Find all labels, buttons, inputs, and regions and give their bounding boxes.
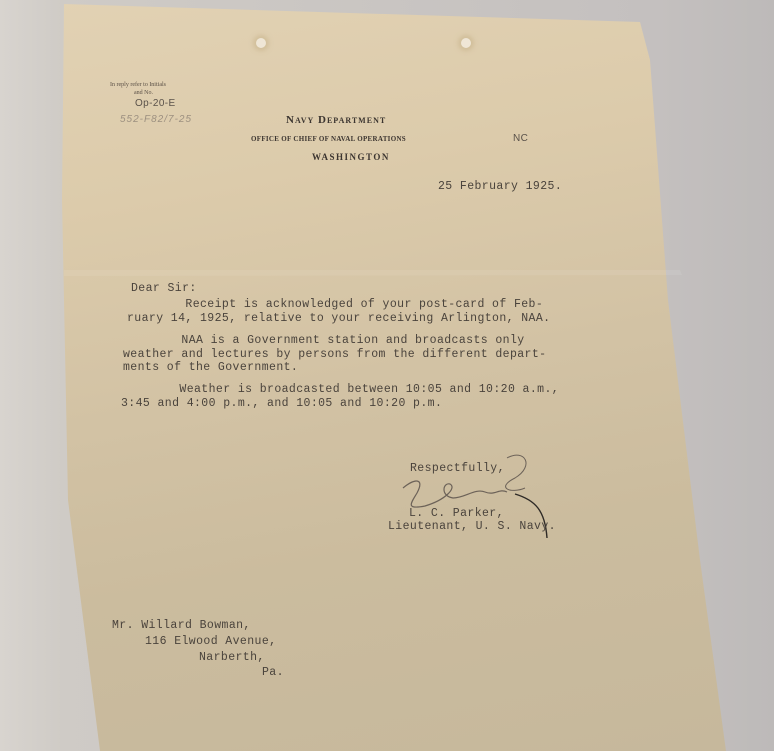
paragraph-line: Weather is broadcasted between 10:05 and… bbox=[121, 383, 559, 397]
reply-note: and No. bbox=[134, 90, 153, 96]
paragraph-line: NAA is a Government station and broadcas… bbox=[123, 334, 546, 348]
paragraph-3: Weather is broadcasted between 10:05 and… bbox=[121, 383, 559, 410]
paragraph-line: ments of the Government. bbox=[123, 361, 546, 375]
punch-hole bbox=[461, 38, 471, 48]
initials: NC bbox=[513, 133, 528, 144]
recipient-state: Pa. bbox=[262, 666, 284, 680]
recipient-town: Narberth, bbox=[199, 651, 265, 665]
recipient-street: 116 Elwood Avenue, bbox=[145, 635, 276, 649]
letter-date: 25 February 1925. bbox=[438, 180, 562, 194]
department-heading: Navy Department bbox=[286, 114, 386, 126]
paragraph-line: ruary 14, 1925, relative to your receivi… bbox=[127, 312, 550, 326]
paragraph-line: Receipt is acknowledged of your post-car… bbox=[127, 298, 550, 312]
salutation: Dear Sir: bbox=[131, 282, 197, 296]
office-heading: OFFICE OF CHIEF OF NAVAL OPERATIONS bbox=[251, 135, 406, 143]
reply-note: In reply refer to Initials bbox=[110, 82, 166, 88]
file-code: Op-20-E bbox=[135, 98, 176, 109]
signer-name: L. C. Parker, bbox=[409, 507, 504, 521]
handwritten-code: 552-F82/7-25 bbox=[120, 114, 192, 125]
city-heading: WASHINGTON bbox=[312, 152, 390, 162]
punch-hole bbox=[256, 38, 266, 48]
paragraph-1: Receipt is acknowledged of your post-car… bbox=[127, 298, 550, 325]
recipient-name: Mr. Willard Bowman, bbox=[112, 619, 251, 633]
letter-paper bbox=[0, 0, 774, 751]
paragraph-line: 3:45 and 4:00 p.m., and 10:05 and 10:20 … bbox=[121, 397, 559, 411]
signer-title: Lieutenant, U. S. Navy. bbox=[388, 520, 556, 534]
paragraph-line: weather and lectures by persons from the… bbox=[123, 348, 546, 362]
paragraph-2: NAA is a Government station and broadcas… bbox=[123, 334, 546, 375]
